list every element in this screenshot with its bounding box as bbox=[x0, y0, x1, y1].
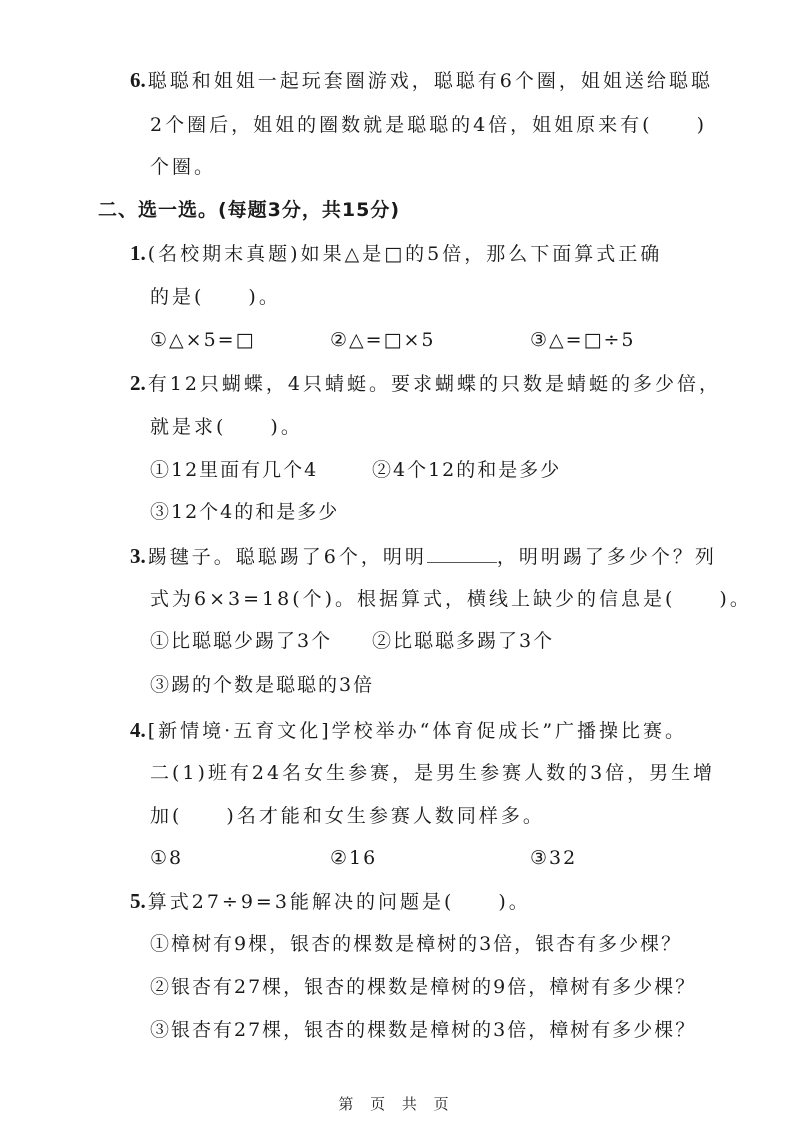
question-2-line-1: 2.有12只蝴蝶，4只蜻蜓。要求蝴蝶的只数是蜻蜓的多少倍， bbox=[130, 371, 721, 396]
question-5-line-1: 5.算式27÷9=3能解决的问题是( )。 bbox=[130, 889, 531, 914]
question-3-option-1[interactable]: ①比聪聪少踢了3个 bbox=[150, 629, 332, 653]
question-2-option-1[interactable]: ①12里面有几个4 bbox=[150, 458, 318, 482]
question-text: 算式27÷9=3能解决的问题是( )。 bbox=[148, 891, 531, 913]
question-6-line-3: 个圈。 bbox=[150, 155, 216, 179]
question-3-option-2[interactable]: ②比聪聪多踢了3个 bbox=[372, 629, 554, 653]
question-5-option-1[interactable]: ①樟树有9棵，银杏的棵数是樟树的3倍，银杏有多少棵？ bbox=[150, 932, 682, 956]
question-text: 踢毽子。聪聪踢了6个，明明 bbox=[148, 546, 427, 568]
question-6-line-1: 6.聪聪和姐姐一起玩套圈游戏，聪聪有6个圈，姐姐送给聪聪 bbox=[130, 68, 713, 93]
question-4-option-2[interactable]: ②16 bbox=[330, 846, 377, 870]
question-text: 聪聪和姐姐一起玩套圈游戏，聪聪有6个圈，姐姐送给聪聪 bbox=[148, 70, 713, 92]
question-4-option-3[interactable]: ③32 bbox=[530, 846, 577, 870]
question-2-option-2[interactable]: ②4个12的和是多少 bbox=[372, 458, 561, 482]
question-5-option-3[interactable]: ③银杏有27棵，银杏的棵数是樟树的3倍，樟树有多少棵？ bbox=[150, 1018, 696, 1042]
question-text: ，明明踢了多少个？列 bbox=[497, 546, 717, 568]
question-number: 4. bbox=[130, 718, 146, 742]
question-6-line-2: 2个圈后，姐姐的圈数就是聪聪的4倍，姐姐原来有( ) bbox=[150, 113, 707, 137]
question-1-option-3[interactable]: ③△=□÷5 bbox=[530, 328, 636, 352]
question-4-line-3: 加( )名才能和女生参赛人数同样多。 bbox=[150, 804, 545, 828]
question-2-line-2: 就是求( )。 bbox=[150, 415, 303, 439]
question-number: 6. bbox=[130, 68, 146, 92]
question-1-option-1[interactable]: ①△×5=□ bbox=[150, 328, 256, 352]
question-3-line-2: 式为6×3=18(个)。根据算式，横线上缺少的信息是( )。 bbox=[150, 587, 752, 611]
question-number: 5. bbox=[130, 889, 146, 913]
question-4-option-1[interactable]: ①8 bbox=[150, 846, 183, 870]
question-3-line-1: 3.踢毽子。聪聪踢了6个，明明，明明踢了多少个？列 bbox=[130, 544, 717, 569]
question-number: 3. bbox=[130, 544, 146, 568]
question-4-line-1: 4.[新情境·五育文化]学校举办“体育促成长”广播操比赛。 bbox=[130, 718, 687, 743]
question-text: 有12只蝴蝶，4只蜻蜓。要求蝴蝶的只数是蜻蜓的多少倍， bbox=[148, 373, 721, 395]
section-2-title: 二、选一选。(每题3分，共15分) bbox=[98, 198, 400, 222]
question-text: [新情境·五育文化]学校举办“体育促成长”广播操比赛。 bbox=[148, 720, 687, 742]
question-1-line-1: 1.(名校期末真题)如果△是□的5倍，那么下面算式正确 bbox=[130, 241, 662, 266]
question-number: 1. bbox=[130, 241, 146, 265]
question-number: 2. bbox=[130, 371, 146, 395]
question-1-option-2[interactable]: ②△=□×5 bbox=[330, 328, 436, 352]
question-5-option-2[interactable]: ②银杏有27棵，银杏的棵数是樟树的9倍，樟树有多少棵？ bbox=[150, 975, 696, 999]
question-text: (名校期末真题)如果△是□的5倍，那么下面算式正确 bbox=[148, 243, 662, 265]
question-2-option-3[interactable]: ③12个4的和是多少 bbox=[150, 500, 339, 524]
question-4-line-2: 二(1)班有24名女生参赛，是男生参赛人数的3倍，男生增 bbox=[150, 761, 715, 785]
question-3-option-3[interactable]: ③踢的个数是聪聪的3倍 bbox=[150, 673, 374, 697]
page-footer: 第 页 共 页 bbox=[0, 1093, 793, 1114]
fill-in-blank-line[interactable] bbox=[427, 544, 497, 563]
question-1-line-2: 的是( )。 bbox=[150, 285, 281, 309]
